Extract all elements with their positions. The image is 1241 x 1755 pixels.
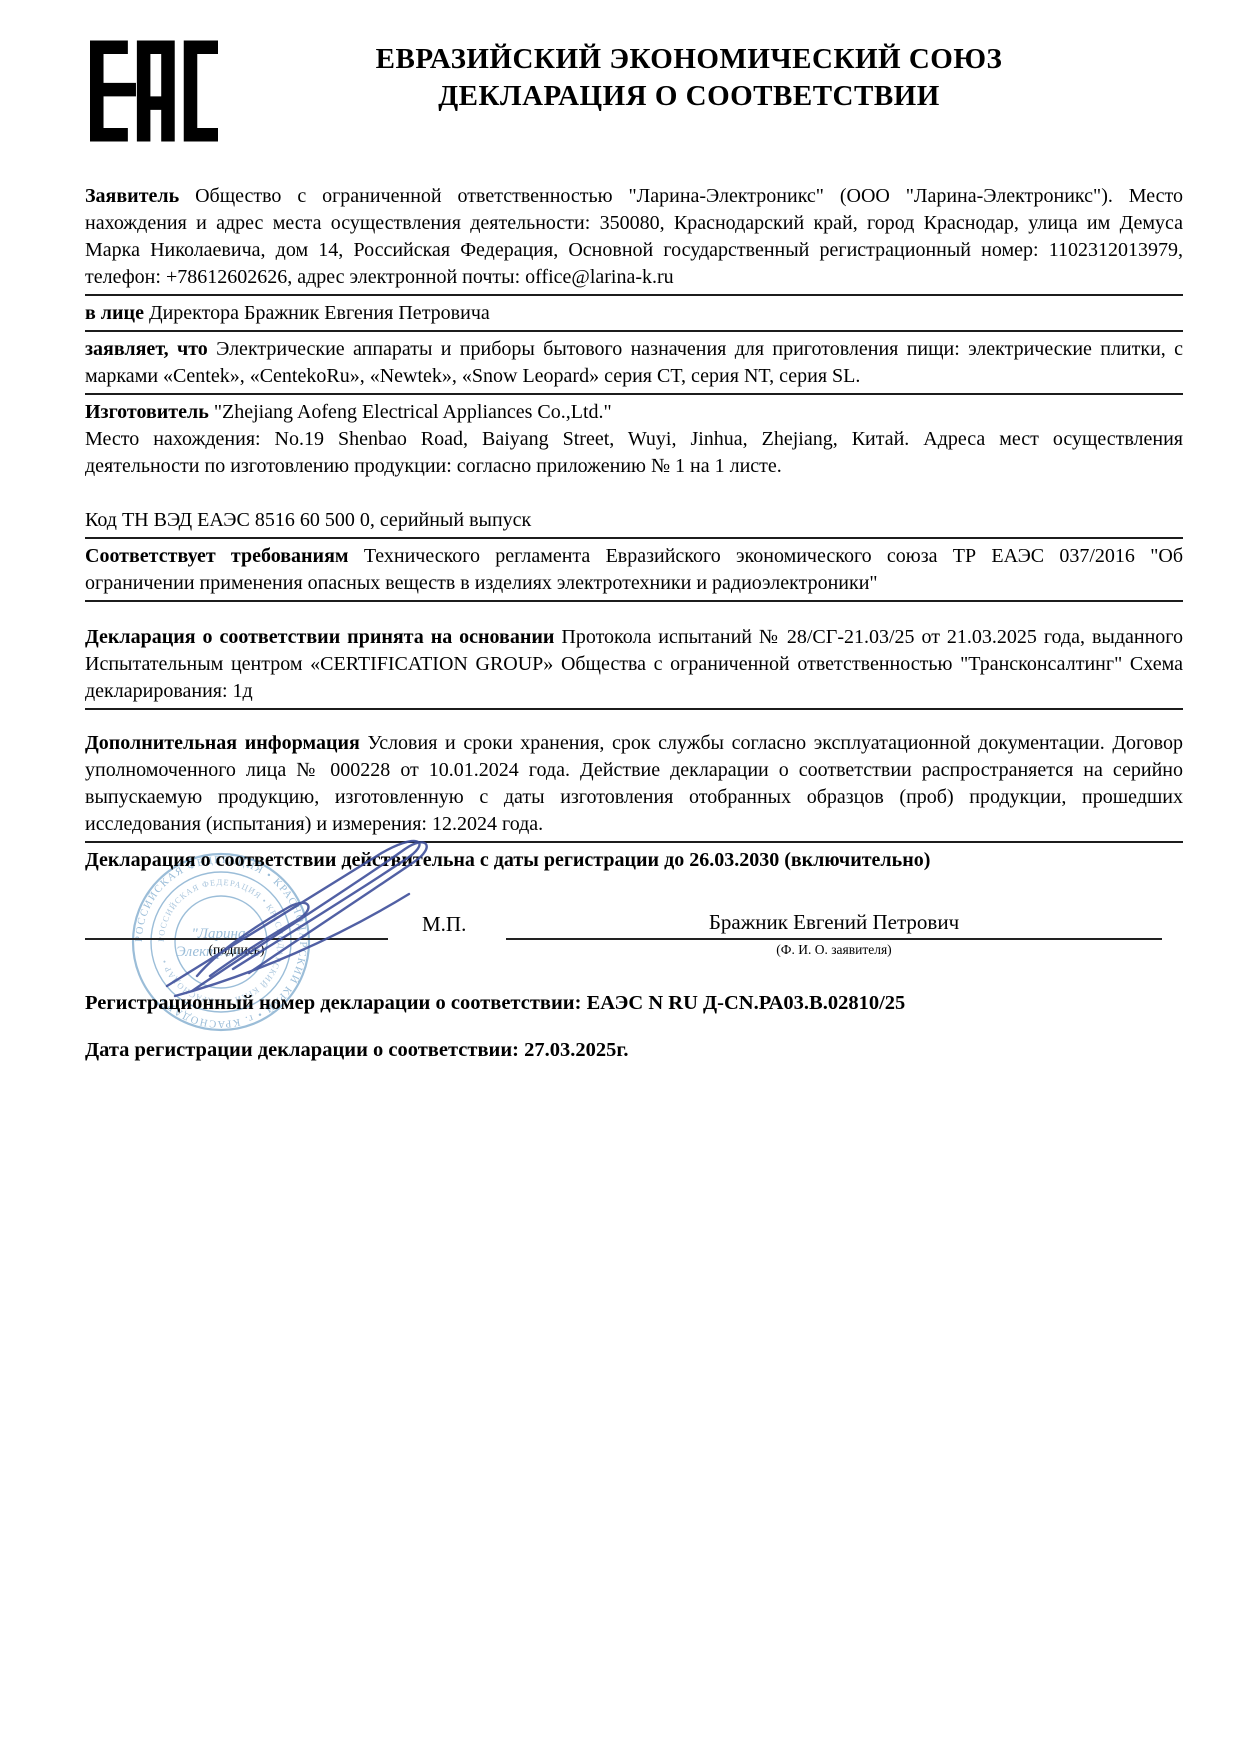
additional-info-label: Дополнительная информация [85,732,360,754]
divider [85,393,1183,395]
registration-number-value: ЕАЭС N RU Д-CN.РА03.В.02810/25 [587,992,906,1014]
divider [85,330,1183,332]
complies-label: Соответствует требованиям [85,545,349,567]
basis-paragraph: Декларация о соответствии принята на осн… [85,624,1183,705]
registration-date-line: Дата регистрации декларации о соответств… [85,1037,1183,1064]
divider [85,294,1183,296]
divider [85,708,1183,710]
applicant-text: Общество с ограниченной ответственностью… [85,185,1183,288]
manufacturer-name: "Zhejiang Aofeng Electrical Appliances C… [214,401,612,423]
document-title: ЕВРАЗИЙСКИЙ ЭКОНОМИЧЕСКИЙ СОЮЗ ДЕКЛАРАЦИ… [85,35,1183,115]
applicant-label: Заявитель [85,185,179,207]
basis-label: Декларация о соответствии принята на осн… [85,626,554,648]
eac-logo-icon [90,35,218,147]
declares-paragraph: заявляет, что Электрические аппараты и п… [85,336,1183,390]
handwritten-signature-icon [137,788,447,1008]
registration-date-value: 27.03.2025г. [524,1039,628,1061]
name-line [506,938,1162,940]
document-header: ЕВРАЗИЙСКИЙ ЭКОНОМИЧЕСКИЙ СОЮЗ ДЕКЛАРАЦИ… [85,35,1183,183]
applicant-name: Бражник Евгений Петрович [506,910,1162,935]
divider [85,600,1183,602]
declaration-document: ЕВРАЗИЙСКИЙ ЭКОНОМИЧЕСКИЙ СОЮЗ ДЕКЛАРАЦИ… [0,0,1241,1755]
declares-label: заявляет, что [85,338,208,360]
complies-paragraph: Соответствует требованиям Технического р… [85,543,1183,597]
name-caption: (Ф. И. О. заявителя) [506,942,1162,958]
title-line-2: ДЕКЛАРАЦИЯ О СООТВЕТСТВИИ [195,78,1183,115]
declares-text: Электрические аппараты и приборы бытовог… [85,338,1183,387]
manufacturer-paragraph: Изготовитель "Zhejiang Aofeng Electrical… [85,399,1183,426]
applicant-paragraph: Заявитель Общество с ограниченной ответс… [85,183,1183,291]
manufacturer-label: Изготовитель [85,401,209,423]
represented-by-text: Директора Бражник Евгения Петровича [149,302,490,324]
manufacturer-address: Место нахождения: No.19 Shenbao Road, Ba… [85,426,1183,480]
registration-date-label: Дата регистрации декларации о соответств… [85,1039,519,1061]
tnved-code-line: Код ТН ВЭД ЕАЭС 8516 60 500 0, серийный … [85,507,1183,534]
represented-by-label: в лице [85,302,144,324]
represented-by-paragraph: в лице Директора Бражник Евгения Петрови… [85,300,1183,327]
document-body: Заявитель Общество с ограниченной ответс… [85,183,1183,874]
divider [85,537,1183,539]
title-line-1: ЕВРАЗИЙСКИЙ ЭКОНОМИЧЕСКИЙ СОЮЗ [195,41,1183,78]
signature-area: РОССИЙСКАЯ ФЕДЕРАЦИЯ • КРАСНОДАРСКИЙ КРА… [85,874,1183,976]
